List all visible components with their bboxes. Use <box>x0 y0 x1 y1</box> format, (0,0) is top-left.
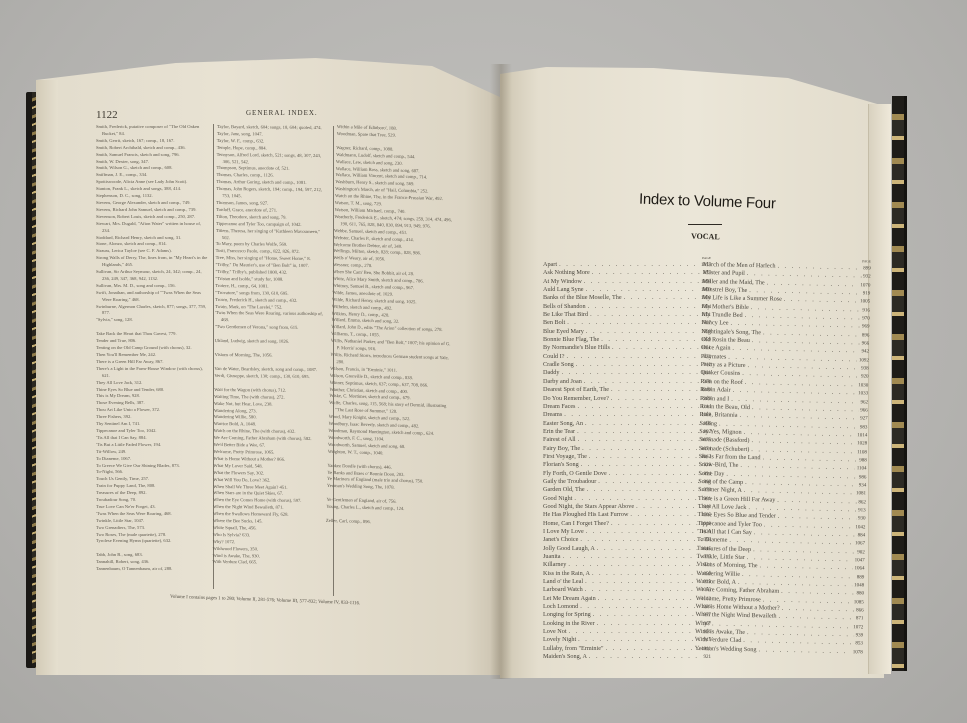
song-entry: Apart1017 <box>543 261 711 269</box>
song-title: To Dianeme <box>697 536 727 544</box>
song-title: Apart <box>543 261 557 268</box>
dot-leader <box>598 595 700 602</box>
song-page-number: 1064 <box>854 566 864 574</box>
index-entry: Then You'll Remember Me, 242. <box>102 352 208 359</box>
song-title: Rule, Britannia <box>700 411 738 419</box>
song-title: Cradle Song <box>543 361 574 368</box>
song-title: Robin Adair <box>700 386 731 394</box>
song-title: Dreams <box>543 411 562 418</box>
index-entry: There's a Light in the Farm-House Window… <box>102 366 208 380</box>
dot-leader <box>612 344 699 351</box>
dot-leader <box>559 261 699 268</box>
index-entry: Spottiswoode, Alicia Anne (see Lady John… <box>102 179 208 186</box>
song-page-number: 919 <box>863 290 871 297</box>
song-page-number: 1030 <box>858 382 868 390</box>
song-title: Ask Nothing More <box>543 269 590 276</box>
dot-leader <box>636 503 701 510</box>
index-entry: Tit-Willow, 249. <box>102 449 208 456</box>
song-title: Auld Lang Syne <box>543 286 584 293</box>
index-entry: 'Twas When the Seas Were Roaring, 468. <box>102 511 208 518</box>
song-title: Master and Pupil <box>703 269 745 277</box>
song-entry: Garden Old, The978 <box>543 486 711 494</box>
dot-leader <box>578 636 701 643</box>
index-entry: Tippecanoe and Tyler Too, 1042. <box>102 428 208 435</box>
index-entry: Smith, Samuel Francis, sketch and song, … <box>102 152 208 159</box>
index-entry: Two Grenadiers, The, 573. <box>102 525 208 532</box>
dot-leader <box>624 294 699 301</box>
song-title: Land o' the Leal <box>543 578 583 585</box>
book-cover-right <box>892 96 907 671</box>
song-title: Lovely Night <box>543 636 576 643</box>
song-page-number: 966 <box>862 340 870 347</box>
title-rule <box>688 224 722 225</box>
dot-leader <box>582 445 699 452</box>
song-entry: By Normandie's Blue Hills1051 <box>543 344 711 352</box>
song-entry: Gaily the Troubadour868 <box>543 478 711 486</box>
song-title: Ben Bolt <box>543 319 565 326</box>
song-title: Longing for Spring <box>543 611 591 618</box>
index-entry: Stephenson, D. C., song, 1132. <box>102 193 208 200</box>
song-title: Playmates <box>701 353 727 361</box>
dot-leader <box>758 646 850 655</box>
song-page-number: 969 <box>862 324 870 331</box>
song-title: Lullaby, from "Erminie" <box>543 645 604 652</box>
dot-leader <box>584 278 699 285</box>
song-page-number: 1028 <box>857 440 867 448</box>
dot-leader <box>586 528 699 535</box>
song-page-number: 1048 <box>854 582 864 590</box>
dot-leader <box>585 586 699 593</box>
song-entry: Darby and Joan976 <box>543 378 711 386</box>
song-title: Loch Lomond <box>543 603 578 610</box>
song-entry: Juanita973 <box>543 553 711 561</box>
index-entry: Three Fishers, 392. <box>102 414 208 421</box>
song-page-number: 1070 <box>860 282 870 290</box>
song-title: He Has Ploughed His Last Furrow <box>543 511 628 518</box>
song-entry: Be Like That Bird1101 <box>543 311 711 319</box>
index-entry: Touch Us Gently, Time, 257. <box>102 476 208 483</box>
dot-leader <box>598 478 701 485</box>
song-entry: Lovely Night947 <box>543 636 711 644</box>
song-title: Good Night <box>543 495 572 502</box>
song-title: Yeoman's Wedding Song <box>695 645 757 654</box>
song-entry: Kiss in the Rain, A850 <box>543 570 711 578</box>
index-entry: Stewart, Mrs. Dugald, "Afton Water" writ… <box>102 221 208 235</box>
song-title: I Love My Love <box>543 528 584 535</box>
song-title: Rosin the Beau, Old <box>700 403 750 411</box>
song-entry: Dearest Spot of Earth, The1040 <box>543 386 711 394</box>
index-entry: Stevens, Richard John Samuel, sketch and… <box>102 207 208 214</box>
index-entry: Strauss, Lerica Tayloe (see C. F. Adams)… <box>102 248 208 255</box>
song-title: Summer Night, A <box>698 486 742 494</box>
left-page-edges <box>36 80 58 675</box>
index-entry: Smith, Frederick, putative composer of "… <box>102 124 208 138</box>
dot-leader <box>577 428 701 435</box>
song-title: Quaker Cousins <box>700 369 740 377</box>
dot-leader <box>584 378 702 385</box>
song-title: She is Far from the Land <box>699 453 761 462</box>
index-entry: Treasures of the Deep, 892. <box>102 490 208 497</box>
dot-leader <box>611 520 699 527</box>
dot-leader <box>587 486 702 493</box>
song-page-number: 932 <box>863 274 871 281</box>
dot-leader <box>590 311 699 318</box>
index-entry: Smith, Wilson G., sketch and comp., 608. <box>102 165 208 172</box>
song-entry: Janet's Choice993 <box>543 536 711 544</box>
song-page-number: 899 <box>863 265 871 272</box>
song-entry: Jolly Good Laugh, A1045 <box>543 545 711 553</box>
index-entry: Tennyson, Alfred Lord, sketch, 521; song… <box>223 152 329 167</box>
song-title: Minstrel Boy, The <box>702 286 747 294</box>
dot-leader <box>576 361 702 368</box>
song-title: Robin and I <box>700 394 729 402</box>
dot-leader <box>585 420 701 427</box>
index-entry: Thomas, John Rogers, sketch, 194; comp.,… <box>222 186 328 201</box>
dot-leader <box>778 613 854 622</box>
song-page-number: 986 <box>859 474 867 481</box>
index-entry: Two Roses, The (male quartette), 278. <box>102 532 208 539</box>
song-title: Rain on the Roof <box>700 378 743 386</box>
song-entry: Good Night901 <box>543 495 711 503</box>
entry-gap <box>96 324 208 331</box>
song-title: Dream Faces <box>543 403 575 410</box>
index-entry: Stanton, Frank L., sketch and songs, 388… <box>102 186 208 193</box>
index-entry: Take Back the Heart that Thou Gavest, 77… <box>102 331 208 338</box>
dot-leader <box>581 461 702 468</box>
book-gutter <box>490 64 512 679</box>
song-page-number: 871 <box>856 616 864 623</box>
song-title: First Voyage, The <box>543 453 587 460</box>
index-entry: Train for Puppy Land, The, 808. <box>102 483 208 490</box>
index-entry: Tannahill, Robert, song, 436. <box>102 559 208 566</box>
song-title: Nancy Lee <box>702 319 729 327</box>
dot-leader <box>611 395 702 402</box>
dot-leader <box>593 611 702 618</box>
song-title: Serenade (Schubert) <box>699 445 749 453</box>
song-page-number: 934 <box>859 482 867 489</box>
song-title: Pretty as a Picture <box>701 361 746 369</box>
song-page-number: 942 <box>861 349 869 356</box>
song-page-number: 1085 <box>854 599 864 607</box>
song-title: Jolly Good Laugh, A <box>543 545 595 552</box>
song-list-column-2: PAGEMarch of the Men of Harlech899Master… <box>695 256 871 657</box>
index-entry: With Verdure Clad, 665. <box>218 560 324 568</box>
index-entry: Troubadour Song, 70. <box>102 497 208 504</box>
song-page-number: 939 <box>855 632 863 639</box>
dot-leader <box>589 453 699 460</box>
song-title: Do You Remember, Love? <box>543 395 609 402</box>
song-title: Let Me Dream Again <box>543 595 596 602</box>
index-entry: To Greece We Give Our Shining Blades, 87… <box>102 463 208 470</box>
dot-leader <box>578 436 699 443</box>
dot-leader <box>586 286 699 293</box>
song-page-number: 1108 <box>857 449 867 457</box>
dot-leader <box>781 588 854 597</box>
song-title: Twinkle, Little Star <box>697 553 745 561</box>
song-entry: Let Me Dream Again1112 <box>543 595 711 603</box>
song-title: Welcome, Pretty Primrose <box>696 595 761 604</box>
song-entry: I Love My Love1020 <box>543 528 711 536</box>
song-title: Blue Eyed Mary <box>543 328 584 335</box>
song-title: Fairy Boy, The <box>543 445 580 452</box>
song-title: Sailing <box>699 419 717 427</box>
song-title: Juanita <box>543 553 561 560</box>
index-entry: Verdi, Giuseppe, sketch, 130; comp., 130… <box>220 373 326 381</box>
song-title: March of the Men of Harlech <box>703 261 776 270</box>
song-entry: Ask Nothing More877 <box>543 269 711 277</box>
song-page-number: 884 <box>858 532 866 539</box>
song-page-number: 1033 <box>858 390 868 398</box>
song-title: Larboard Watch <box>543 586 583 593</box>
song-page-number: 920 <box>861 374 869 381</box>
index-entry: "Two Gentlemen of Verona," song from, 61… <box>221 324 327 332</box>
dot-leader <box>577 403 699 410</box>
entry-gap <box>96 545 208 552</box>
index-entry: Stone, Alonzo, sketch and comp., 814. <box>102 241 208 248</box>
song-entry: Could I?872 <box>543 353 711 361</box>
song-title: Visions of Morning, The <box>696 561 757 570</box>
song-entry: Auld Lang Syne1009 <box>543 286 711 294</box>
song-page-number: 880 <box>856 591 864 598</box>
song-title: Kiss in the Rain, A <box>543 570 590 577</box>
song-page-number: 902 <box>857 549 865 556</box>
song-title: Say Yes, Mignon <box>699 428 741 436</box>
song-entry: Florian's Song928 <box>543 461 711 469</box>
song-title: By Normandie's Blue Hills <box>543 344 610 351</box>
song-title: Good Night, the Stars Appear Above <box>543 503 634 510</box>
index-entry: Smith, Gerrit, sketch, 167; comp., 18, 1… <box>102 138 208 145</box>
index-entry: Swift, Jonathan, and authorship of "'Twa… <box>102 290 208 304</box>
song-page-number: 1014 <box>857 432 867 440</box>
index-entry: Titiens, Theresa, her singing of "Kathle… <box>222 228 328 243</box>
song-title: Old Rosin the Beau <box>701 336 750 344</box>
index-entry: Tenting on the Old Camp Ground (with cho… <box>102 345 208 352</box>
index-entry: They All Love Jack, 312. <box>102 380 208 387</box>
index-entry: 'Twas When the Seas Were Roaring, variou… <box>221 311 327 326</box>
song-entry: Easter Song, An996 <box>543 420 711 428</box>
song-page-number: 889 <box>857 574 865 581</box>
song-page-number: 896 <box>862 332 870 339</box>
index-entry: Strong Walls of Derry, The, lines from, … <box>102 255 208 269</box>
song-page-number: 1042 <box>855 524 865 532</box>
song-title: My Mother's Bible <box>702 303 749 311</box>
dot-leader <box>601 336 699 343</box>
index-entry: This is My Dream, 928. <box>102 393 208 400</box>
song-title: Could I? <box>543 353 564 360</box>
index-entry: Stoddard, Richard Henry, sketch and song… <box>102 235 208 242</box>
index-entry: Stevens, George Alexander, sketch and co… <box>102 200 208 207</box>
song-page-number: 853 <box>855 641 863 648</box>
dot-leader <box>567 319 699 326</box>
dot-leader <box>580 536 701 543</box>
song-entry: Cradle Song912 <box>543 361 711 369</box>
dot-leader <box>611 386 699 393</box>
song-entry: At My Window1098 <box>543 278 711 286</box>
song-title: Florian's Song <box>543 461 579 468</box>
index-entry: Tender and True, 806. <box>102 338 208 345</box>
song-entry: Lullaby, from "Erminie"1011 <box>543 645 711 653</box>
song-entry: Fly Forth, O Gentle Dove894 <box>543 470 711 478</box>
index-column-3: Within a Mile of Edinboro', 188.Woodman,… <box>326 124 459 528</box>
song-entry: Ben Bolt1007 <box>543 319 711 327</box>
song-entry: Land o' the Leal932 <box>543 578 711 586</box>
index-entry: Smith, W. Dexter, song, 347. <box>102 159 208 166</box>
song-entry: Loch Lomond1036 <box>543 603 711 611</box>
song-title: Maiden's Song, A <box>543 653 587 660</box>
song-entry: Blue Eyed Mary1099 <box>543 328 711 336</box>
dot-leader <box>592 570 702 577</box>
song-title: Bells of Shandon <box>543 303 586 310</box>
index-entry: Tabb, John B., song, 683. <box>102 552 208 559</box>
song-title: Miller and the Maid, The <box>702 278 764 287</box>
song-entry: Looking in the River907 <box>543 620 711 628</box>
index-entry: Sniffman, J. E., comp., 334. <box>102 172 208 179</box>
index-entry: 'Tis All that I Can Say, 884. <box>102 435 208 442</box>
song-page-number: 1092 <box>859 357 869 365</box>
song-page-number: 921 <box>704 654 712 661</box>
song-title: Fairest of All <box>543 436 576 443</box>
index-entry: Smith, Robert Archibald, sketch and comp… <box>102 145 208 152</box>
index-entry: Thine Eyes So Blue and Tender, 680. <box>102 387 208 394</box>
song-page-number: 1047 <box>855 557 865 565</box>
song-page-number: 930 <box>858 516 866 523</box>
dot-leader <box>562 369 700 376</box>
song-page-number: 1078 <box>853 649 863 657</box>
song-title: Once Again <box>701 344 731 352</box>
dot-leader <box>580 603 699 610</box>
song-entry: Banks of the Blue Moselle, The1038 <box>543 294 711 302</box>
song-page-number: 866 <box>856 607 864 614</box>
song-title: Serenade (Bassford) <box>699 436 749 444</box>
song-entry: Fairest of All1075 <box>543 436 711 444</box>
song-title: Dearest Spot of Earth, The <box>543 386 609 393</box>
index-entry: Sullivan, Sir Arthur Seymour, sketch, 24… <box>102 269 208 283</box>
running-head: GENERAL INDEX. <box>246 109 318 117</box>
song-page-number: 1005 <box>860 299 870 307</box>
index-entry: Tyrolese Evening Hymn (quartette), 632. <box>102 538 208 545</box>
index-entry: To Dianeme, 1067. <box>102 456 208 463</box>
song-entry: Home, Can I Forget Thee?1019 <box>543 520 711 528</box>
song-title: Home, Can I Forget Thee? <box>543 520 609 527</box>
song-title: Some Day <box>698 470 724 478</box>
dot-leader <box>597 620 702 627</box>
song-entry: Fairy Boy, The1074 <box>543 445 711 453</box>
song-page-number: 1067 <box>855 541 865 549</box>
song-title: Janet's Choice <box>543 536 578 543</box>
song-entry: Longing for Spring977 <box>543 611 711 619</box>
song-title: Song of the Camp <box>698 478 743 486</box>
dot-leader <box>563 553 702 560</box>
song-entry: Bonnie Blue Flag, The1059 <box>543 336 711 344</box>
song-title: Wind is Awake, The <box>695 628 745 636</box>
dot-leader <box>574 495 701 502</box>
dot-leader <box>564 411 699 418</box>
song-list-column-1: PAGEApart1017Ask Nothing More877At My Wi… <box>543 256 711 662</box>
song-title: With Verdure Clad <box>695 636 742 644</box>
song-title: Why? <box>695 620 710 628</box>
song-page-number: 913 <box>858 507 866 514</box>
index-entry: Uhland, Ludwig, sketch and song, 1026. <box>221 338 327 346</box>
song-entry: He Has Ploughed His Last Furrow1105 <box>543 511 711 519</box>
dot-leader <box>630 511 699 518</box>
right-page-edges <box>868 104 891 674</box>
song-title: Be Like That Bird <box>543 311 588 318</box>
song-page-number: 862 <box>858 499 866 506</box>
song-entry: Bells of Shandon1034 <box>543 303 711 311</box>
song-page-number: 962 <box>860 399 868 406</box>
dot-leader <box>568 561 701 568</box>
index-entry: Tannenbaum, O Tannenbaum, air of, 288. <box>102 566 208 573</box>
song-page-number: 1081 <box>856 491 866 499</box>
index-entry: Stevenson, Robert Louis, sketch and comp… <box>102 214 208 221</box>
index-column-2: Taylor, Bayard, sketch, 604; songs, 18, … <box>212 124 329 568</box>
dot-leader <box>782 605 855 614</box>
index-entry: Sullivan, Mrs. M. D., song and comp., 15… <box>102 283 208 290</box>
index-entry: Thou Art Like Unto a Flower, 372. <box>102 407 208 414</box>
song-title: My Trundle Bed <box>702 311 743 319</box>
song-title: Banks of the Blue Moselle, The <box>543 294 622 301</box>
index-entry: Swinburne, Algernon Charles, sketch, 877… <box>102 304 208 318</box>
song-page-number: 916 <box>862 307 870 314</box>
index-entry: Those Evening Bells, 387. <box>102 400 208 407</box>
dot-leader <box>592 269 702 276</box>
song-title: Fly Forth, O Gentle Dove <box>543 470 607 477</box>
song-entry: First Voyage, The1062 <box>543 453 711 461</box>
song-title: Tippecanoe and Tyler Too <box>697 520 762 529</box>
song-entry: Good Night, the Stars Appear Above848 <box>543 503 711 511</box>
index-entry: Thy Sentinel Am I, 741. <box>102 421 208 428</box>
song-page-number: 966 <box>860 407 868 414</box>
song-entry: Dreams1088 <box>543 411 711 419</box>
dot-leader <box>784 296 858 305</box>
song-title: Treasures of the Deep <box>697 545 751 553</box>
song-page-number: 927 <box>860 416 868 423</box>
section-heading-vocal: VOCAL <box>691 232 720 242</box>
song-entry: Larboard Watch1055 <box>543 586 711 594</box>
song-entry: Maiden's Song, A921 <box>543 653 711 661</box>
page-number: 1122 <box>96 109 118 121</box>
song-page-number: 970 <box>862 315 870 322</box>
song-title: Wandering Willie <box>696 570 740 578</box>
song-title: Daddy <box>543 369 560 376</box>
song-title: At My Window <box>543 278 582 285</box>
song-page-number: 1104 <box>857 466 867 474</box>
song-title: They All Love Jack <box>698 503 747 511</box>
song-title: Love Not <box>543 628 567 635</box>
song-title: Warrior Bold, A <box>696 578 736 586</box>
song-entry: Daddy1001 <box>543 369 711 377</box>
song-entry: Love Not956 <box>543 628 711 636</box>
index-column-1: Smith, Frederick, putative composer of "… <box>96 124 208 573</box>
song-title: Darby and Joan <box>543 378 582 385</box>
index-entry: To-Night, 566. <box>102 469 208 476</box>
song-page-number: 938 <box>861 365 869 372</box>
dot-leader <box>585 578 701 585</box>
song-page-number: 1072 <box>853 624 863 632</box>
dot-leader <box>569 628 702 635</box>
song-title: Bonnie Blue Flag, The <box>543 336 599 343</box>
song-page-number: 988 <box>859 457 867 464</box>
song-entry: Dream Faces1114 <box>543 403 711 411</box>
index-entry: 'Tis But a Little Faded Flower, 194. <box>102 442 208 449</box>
dot-leader <box>606 645 700 652</box>
song-title: Nightingale's Song, The <box>701 328 761 337</box>
song-page-number: 983 <box>860 424 868 431</box>
dot-leader <box>589 653 702 660</box>
song-entry: Erin the Tear992 <box>543 428 711 436</box>
dot-leader <box>609 470 702 477</box>
song-title: Erin the Tear <box>543 428 575 435</box>
